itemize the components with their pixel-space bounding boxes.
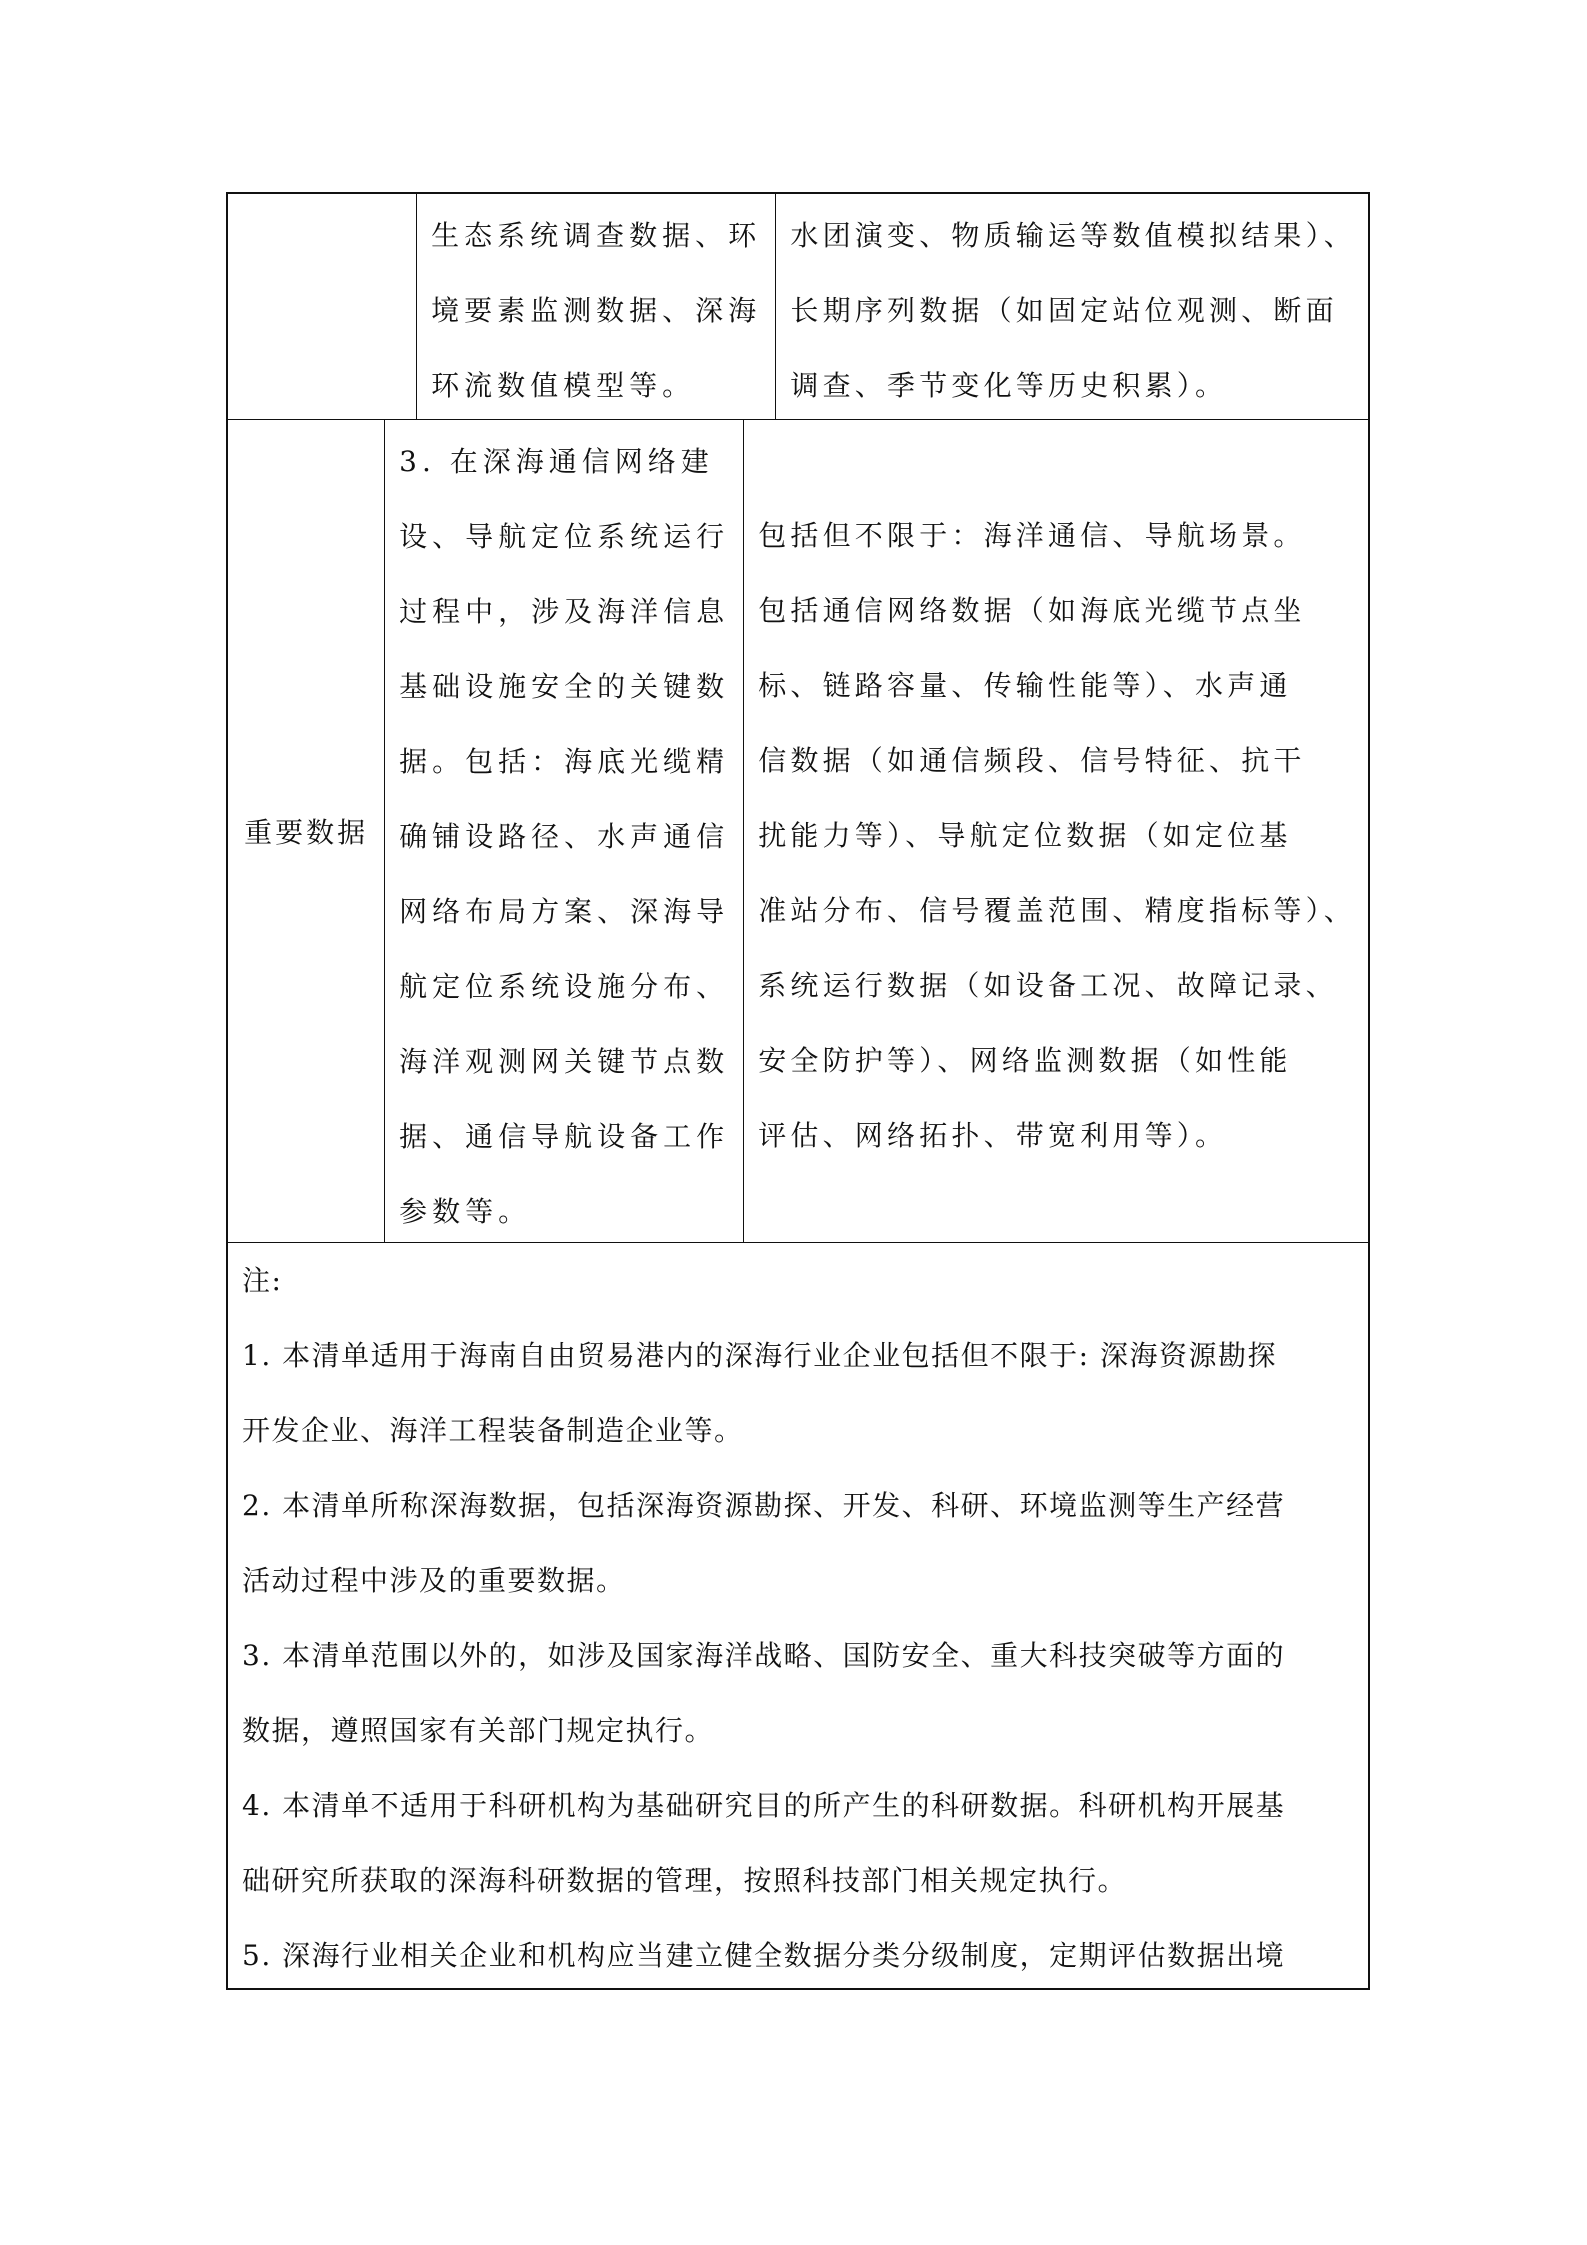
scope-line: 安全防护等）、网络监测数据（如性能 — [758, 1023, 1356, 1098]
description-line: 确铺设路径、水声通信 — [399, 799, 729, 874]
notes-heading: 注: — [242, 1243, 1285, 1318]
note-line: 开发企业、海洋工程装备制造企业等。 — [242, 1393, 1285, 1468]
description-line: 海洋观测网关键节点数 — [399, 1024, 729, 1099]
scope-cell: 水团演变、物质输运等数值模拟结果）、 长期序列数据（如固定站位观测、断面 调查、… — [776, 194, 1368, 419]
scope-line: 评估、网络拓扑、带宽利用等）。 — [758, 1098, 1356, 1173]
notes-row: 注: 1. 本清单适用于海南自由贸易港内的深海行业企业包括但不限于: 深海资源勘… — [228, 1243, 1368, 1988]
scope-line: 调查、季节变化等历史积累）。 — [790, 348, 1356, 423]
scope-line: 包括通信网络数据（如海底光缆节点坐 — [758, 573, 1356, 648]
description-line: 境要素监测数据、深海 — [431, 273, 761, 348]
scope-line: 扰能力等）、导航定位数据（如定位基 — [758, 798, 1356, 873]
description-line: 网络布局方案、深海导 — [399, 874, 729, 949]
scope-cell: 包括但不限于：海洋通信、导航场景。 包括通信网络数据（如海底光缆节点坐 标、链路… — [744, 420, 1368, 1242]
note-line: 3. 本清单范围以外的，如涉及国家海洋战略、国防安全、重大科技突破等方面的 — [242, 1618, 1285, 1693]
description-line: 设、导航定位系统运行 — [399, 499, 729, 574]
note-line: 活动过程中涉及的重要数据。 — [242, 1543, 1285, 1618]
description-line: 过程中，涉及海洋信息 — [399, 574, 729, 649]
scope-line: 信数据（如通信频段、信号特征、抗干 — [758, 723, 1356, 798]
table-row-continued: 生态系统调查数据、环 境要素监测数据、深海 环流数值模型等。 水团演变、物质输运… — [228, 194, 1368, 420]
description-cell: 3. 在深海通信网络建 设、导航定位系统运行 过程中，涉及海洋信息 基础设施安全… — [385, 420, 744, 1242]
data-catalog-table: 生态系统调查数据、环 境要素监测数据、深海 环流数值模型等。 水团演变、物质输运… — [226, 192, 1370, 1990]
notes-cell: 注: 1. 本清单适用于海南自由贸易港内的深海行业企业包括但不限于: 深海资源勘… — [228, 1243, 1297, 1988]
description-line: 航定位系统设施分布、 — [399, 949, 729, 1024]
description-line: 3. 在深海通信网络建 — [399, 424, 729, 499]
description-line: 环流数值模型等。 — [431, 348, 761, 423]
scope-line: 长期序列数据（如固定站位观测、断面 — [790, 273, 1356, 348]
description-line: 据、通信导航设备工作 — [399, 1099, 729, 1174]
category-cell — [228, 194, 417, 419]
description-line: 参数等。 — [399, 1174, 729, 1249]
note-line: 1. 本清单适用于海南自由贸易港内的深海行业企业包括但不限于: 深海资源勘探 — [242, 1318, 1285, 1393]
description-line: 生态系统调查数据、环 — [431, 198, 761, 273]
note-line: 5. 深海行业相关企业和机构应当建立健全数据分类分级制度，定期评估数据出境 — [242, 1918, 1285, 1988]
note-line: 数据，遵照国家有关部门规定执行。 — [242, 1693, 1285, 1768]
scope-line: 水团演变、物质输运等数值模拟结果）、 — [790, 198, 1356, 273]
description-cell: 生态系统调查数据、环 境要素监测数据、深海 环流数值模型等。 — [417, 194, 776, 419]
scope-line: 标、链路容量、传输性能等）、水声通 — [758, 648, 1356, 723]
scope-line: 准站分布、信号覆盖范围、精度指标等）、 — [758, 873, 1356, 948]
note-line: 4. 本清单不适用于科研机构为基础研究目的所产生的科研数据。科研机构开展基 — [242, 1768, 1285, 1843]
scope-line: 包括但不限于：海洋通信、导航场景。 — [758, 498, 1356, 573]
note-line: 2. 本清单所称深海数据，包括深海资源勘探、开发、科研、环境监测等生产经营 — [242, 1468, 1285, 1543]
note-line: 础研究所获取的深海科研数据的管理，按照科技部门相关规定执行。 — [242, 1843, 1285, 1918]
scope-line: 系统运行数据（如设备工况、故障记录、 — [758, 948, 1356, 1023]
category-cell: 重要数据 — [228, 420, 385, 1242]
description-line: 基础设施安全的关键数 — [399, 649, 729, 724]
description-line: 据。包括：海底光缆精 — [399, 724, 729, 799]
table-row-important-data: 重要数据 3. 在深海通信网络建 设、导航定位系统运行 过程中，涉及海洋信息 基… — [228, 420, 1368, 1243]
